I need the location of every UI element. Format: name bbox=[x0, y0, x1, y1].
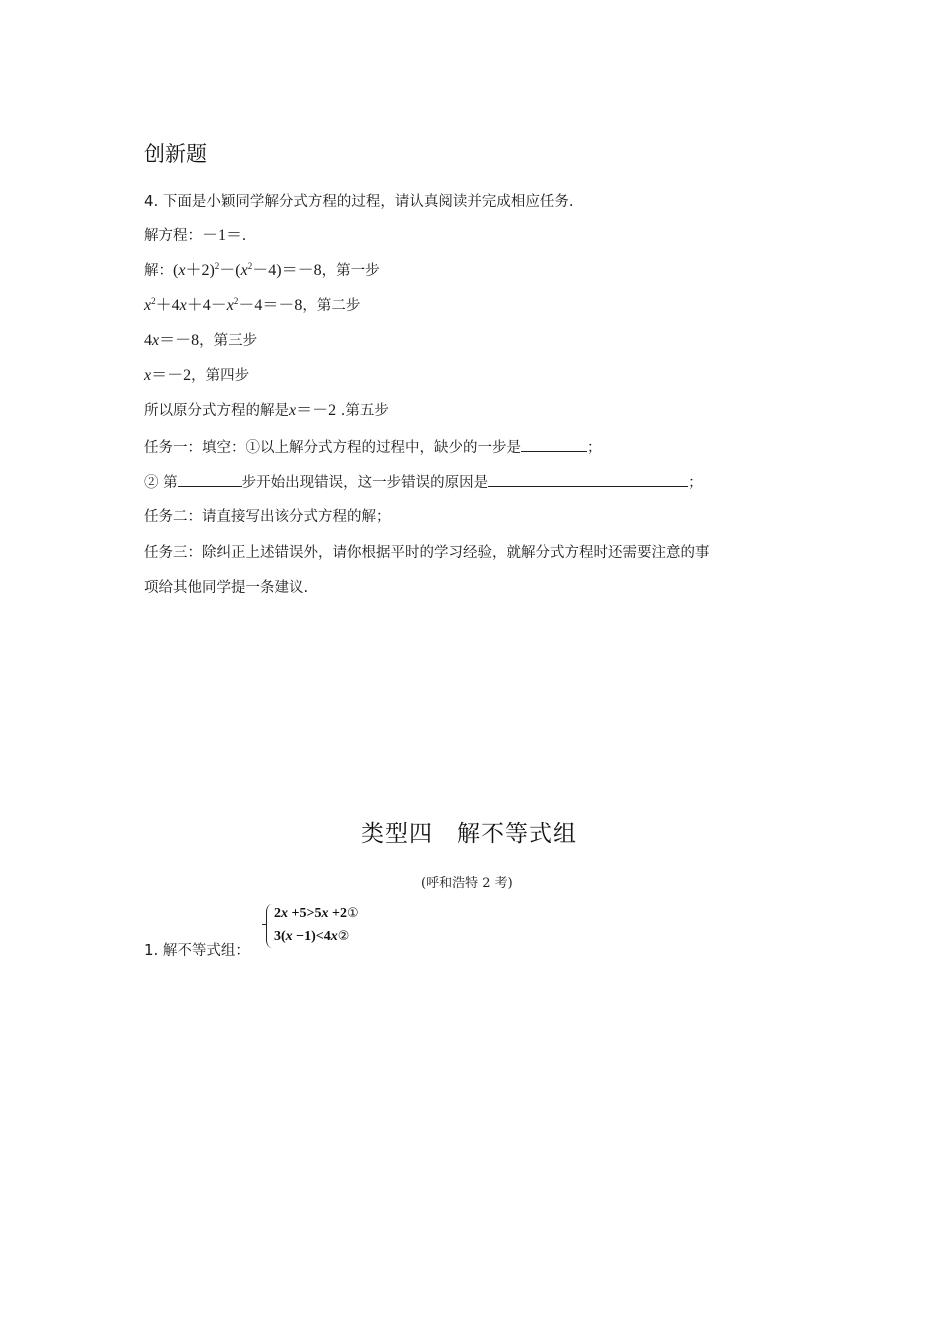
step-math: x＝－2 bbox=[289, 402, 336, 419]
solution-step-5: 所以原分式方程的解是x＝－2 .第五步 bbox=[144, 401, 389, 421]
task-3-line-2: 项给其他同学提一条建议. bbox=[144, 578, 308, 598]
section-title-type4: 类型四 解不等式组 bbox=[361, 815, 577, 848]
problem-1-prompt: 1. 解不等式组： bbox=[144, 940, 250, 961]
task-3-line-1: 任务三：除纠正上述错误外，请你根据平时的学习经验，就解分式方程时还需要注意的事 bbox=[144, 543, 710, 563]
equation-line: 解方程：－1＝. bbox=[144, 226, 246, 246]
equation-label: 解方程： bbox=[144, 228, 202, 244]
problem-number: 4. bbox=[144, 192, 158, 210]
step-label: ，第二步 bbox=[302, 298, 360, 314]
step-math: x2＋4x＋4－x2－4＝－8 bbox=[144, 297, 302, 314]
solution-step-3: 4x＝－8，第三步 bbox=[144, 331, 257, 351]
marker-2: ② bbox=[338, 929, 350, 944]
solution-step-2: x2＋4x＋4－x2－4＝－8，第二步 bbox=[144, 296, 360, 316]
step-math: (x＋2)2－(x2－4)＝－8 bbox=[173, 262, 322, 279]
solution-step-1: 解：(x＋2)2－(x2－4)＝－8，第一步 bbox=[144, 261, 380, 281]
step-label: ，第三步 bbox=[199, 333, 257, 349]
left-brace-icon bbox=[266, 904, 272, 948]
problem-4-prompt: 4. 下面是小颖同学解分式方程的过程，请认真阅读并完成相应任务. bbox=[144, 191, 574, 212]
section-heading-innovation: 创新题 bbox=[144, 138, 207, 168]
answer-blank-missing-step[interactable] bbox=[521, 437, 587, 452]
step-label: ，第四步 bbox=[191, 368, 249, 384]
step-label: ，第一步 bbox=[322, 263, 380, 279]
answer-blank-error-step[interactable] bbox=[178, 472, 242, 487]
task-1-part-2: ② 第步开始出现错误，这一步错误的原因是； bbox=[144, 472, 703, 493]
step-label: .第五步 bbox=[336, 403, 389, 419]
inequality-1: 2x +5>5x +2① bbox=[274, 902, 359, 925]
inequality-system: 2x +5>5x +2① 3(x −1)<4x② bbox=[266, 902, 359, 950]
step-math: 4x＝－8 bbox=[144, 332, 199, 349]
task-1b-prefix: ② 第 bbox=[144, 475, 178, 491]
solution-step-4: x＝－2，第四步 bbox=[144, 366, 249, 386]
task-2: 任务二：请直接写出该分式方程的解； bbox=[144, 507, 391, 527]
problem-number: 1. bbox=[144, 941, 158, 959]
section-source: (呼和浩特 2 考) bbox=[421, 872, 513, 891]
task-1b-middle: 步开始出现错误，这一步错误的原因是 bbox=[242, 475, 489, 491]
problem-text: 下面是小颖同学解分式方程的过程，请认真阅读并完成相应任务. bbox=[163, 194, 574, 210]
step-prefix: 所以原分式方程的解是 bbox=[144, 403, 289, 419]
equation-text: －1＝. bbox=[202, 227, 246, 244]
task-1-label: 任务一：填空：①以上解分式方程的过程中，缺少的一步是 bbox=[144, 440, 521, 456]
inequality-2: 3(x −1)<4x② bbox=[274, 925, 359, 948]
task-1-end: ； bbox=[587, 440, 602, 456]
answer-blank-error-reason[interactable] bbox=[488, 472, 688, 487]
step-prefix: 解： bbox=[144, 263, 173, 279]
marker-1: ① bbox=[347, 906, 359, 921]
task-1b-end: ； bbox=[688, 475, 703, 491]
task-1: 任务一：填空：①以上解分式方程的过程中，缺少的一步是； bbox=[144, 437, 602, 458]
problem-text: 解不等式组： bbox=[163, 943, 250, 959]
step-math: x＝－2 bbox=[144, 367, 191, 384]
